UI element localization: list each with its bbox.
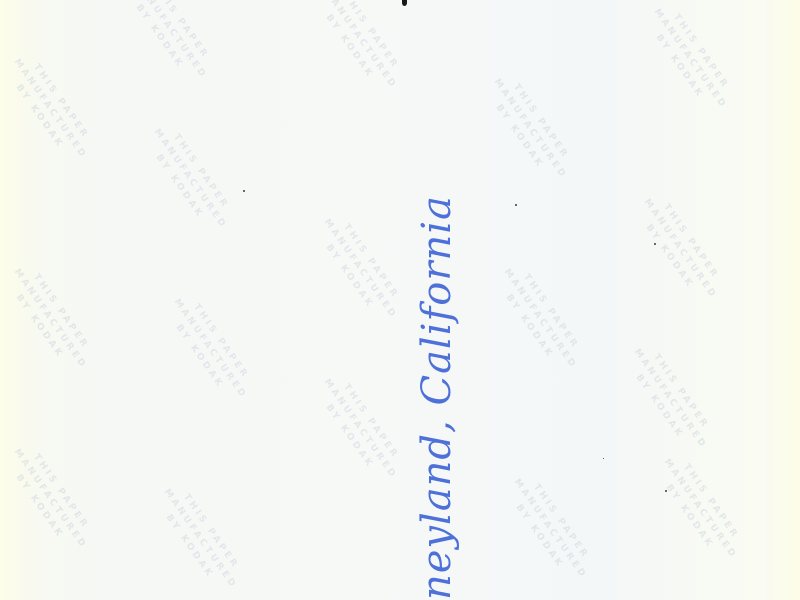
handwritten-inscription: neyland, California [414,195,460,600]
kodak-watermark: THIS PAPER MANUFACTURED BY KODAK [119,0,219,90]
kodak-watermark: THIS PAPER MANUFACTURED BY KODAK [309,0,409,100]
kodak-watermark: THIS PAPER MANUFACTURED BY KODAK [0,49,100,169]
staple-mark [402,0,407,6]
kodak-watermark: THIS PAPER MANUFACTURED BY KODAK [479,69,579,189]
photo-back-paper: THIS PAPER MANUFACTURED BY KODAK THIS PA… [0,0,800,600]
kodak-watermark: THIS PAPER MANUFACTURED BY KODAK [499,469,599,589]
kodak-watermark: THIS PAPER MANUFACTURED BY KODAK [639,0,739,120]
kodak-watermark: THIS PAPER MANUFACTURED BY KODAK [489,259,589,379]
kodak-watermark: THIS PAPER MANUFACTURED BY KODAK [149,479,249,599]
kodak-watermark: THIS PAPER MANUFACTURED BY KODAK [619,339,719,459]
dust-speck [515,204,517,206]
kodak-watermark: THIS PAPER MANUFACTURED BY KODAK [0,439,100,559]
kodak-watermark: THIS PAPER MANUFACTURED BY KODAK [159,289,259,409]
watermark-layer: THIS PAPER MANUFACTURED BY KODAK THIS PA… [0,0,800,600]
kodak-watermark: THIS PAPER MANUFACTURED BY KODAK [0,259,100,379]
kodak-watermark: THIS PAPER MANUFACTURED BY KODAK [309,209,409,329]
kodak-watermark: THIS PAPER MANUFACTURED BY KODAK [649,449,749,569]
kodak-watermark: THIS PAPER MANUFACTURED BY KODAK [139,119,239,239]
dust-speck [665,490,667,492]
dust-speck [243,190,245,192]
dust-speck [603,458,604,459]
kodak-watermark: THIS PAPER MANUFACTURED BY KODAK [309,369,409,489]
dust-speck [654,243,656,245]
kodak-watermark: THIS PAPER MANUFACTURED BY KODAK [629,189,729,309]
